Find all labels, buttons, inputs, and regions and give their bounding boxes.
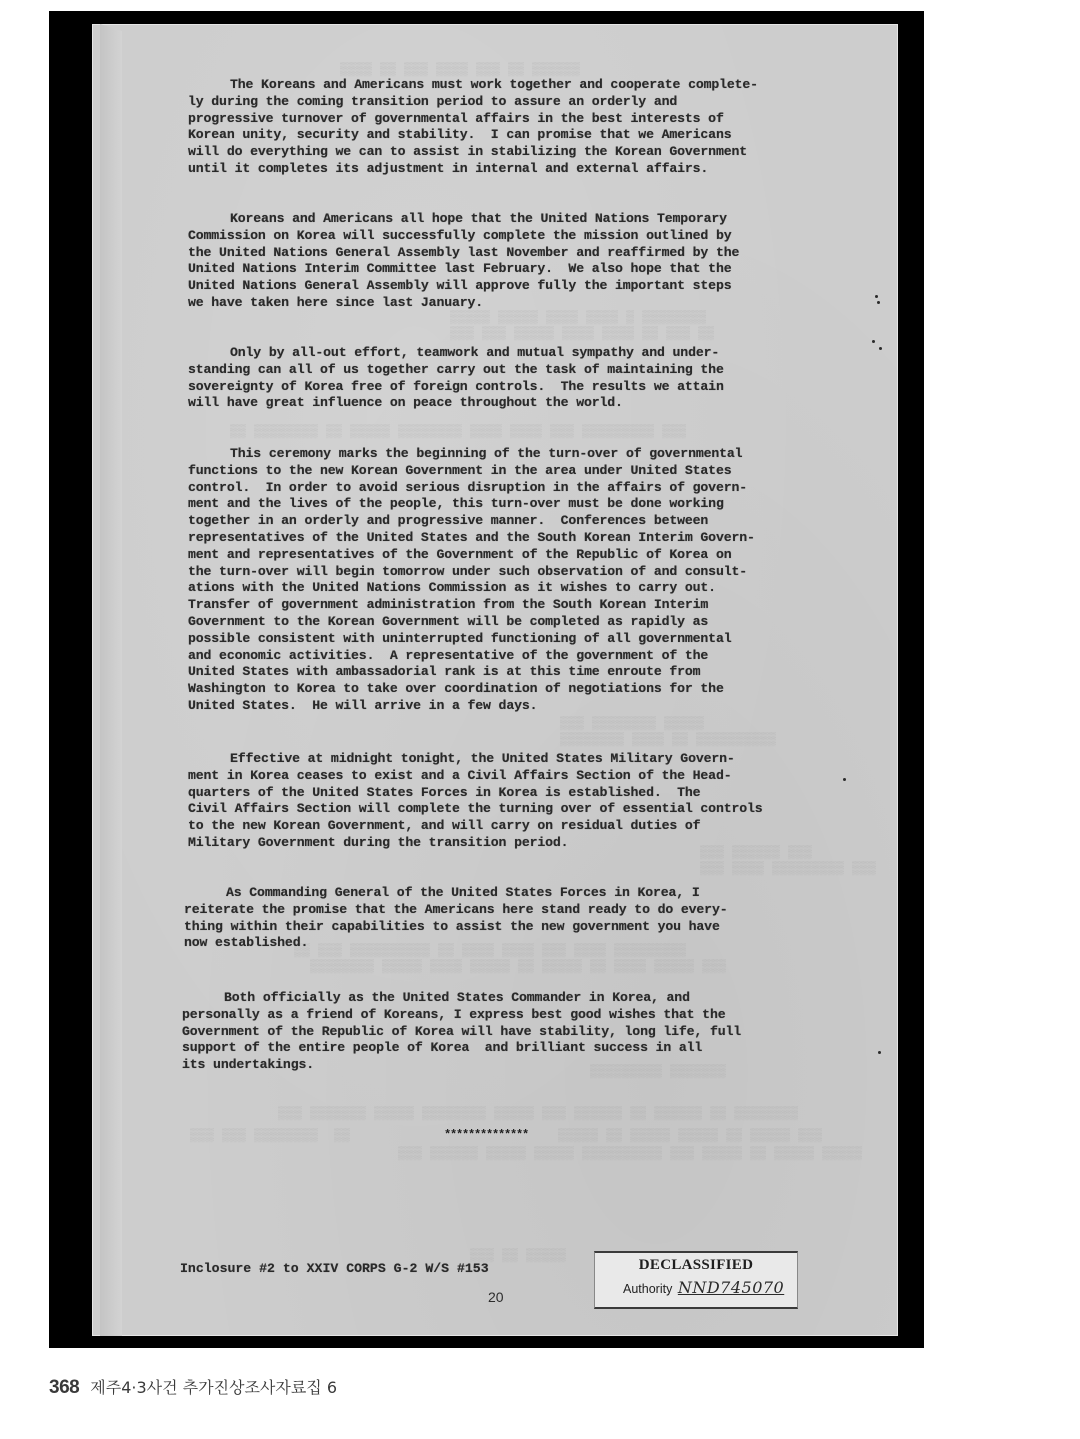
text-line: progressive turnover of governmental aff… [188,111,828,128]
paragraph-military-government-ends: Effective at midnight tonight, the Unite… [188,751,828,852]
text-line: now established. [184,935,824,952]
paragraph-ceremony-turnover: This ceremony marks the beginning of the… [188,446,828,715]
bleed-through-header: ▒▒▒▒ ▒▒ ▒▒▒ ▒▒▒▒ ▒▒▒ ▒▒ ▒▒▒▒▒▒ [340,62,580,77]
text-line: Washington to Korea to take over coordin… [188,681,828,698]
text-line: support of the entire people of Korea an… [182,1040,822,1057]
document-page-number: 20 [488,1289,504,1305]
text-line: This ceremony marks the beginning of the… [188,446,828,463]
asterisk-separator: ************** [444,1128,528,1142]
bleed-through-text: ▒▒▒ ▒▒▒▒▒▒▒▒ ▒▒▒▒▒ [560,716,704,731]
authority-label: Authority [623,1282,672,1296]
text-line: Military Government during the transitio… [188,835,828,852]
text-line: will do everything we can to assist in s… [188,144,828,161]
text-line: ations with the United Nations Commissio… [188,580,828,597]
bleed-through-text: ▒▒▒ ▒▒▒▒ ▒▒▒▒▒▒▒▒▒ ▒▒▒ [700,861,876,876]
paragraph-all-out-effort: Only by all-out effort, teamwork and mut… [188,345,828,412]
authority-value: NND745070 [678,1278,784,1297]
text-line: its undertakings. [182,1057,822,1074]
text-line: functions to the new Korean Government i… [188,463,828,480]
paper-fold-shadow [100,24,122,1336]
text-line: standing can all of us together carry ou… [188,362,828,379]
text-line: ment in Korea ceases to exist and a Civi… [188,768,828,785]
text-line: ment and representatives of the Governme… [188,547,828,564]
text-line: As Commanding General of the United Stat… [184,885,824,902]
text-line: ment and the lives of the people, this t… [188,496,828,513]
text-line: Both officially as the United States Com… [182,990,822,1007]
bleed-through-text: ▒▒▒▒▒▒▒▒ ▒▒▒▒▒ ▒▒▒▒ ▒▒▒▒▒ ▒▒ ▒▒▒▒▒ ▒▒ ▒▒… [230,959,726,974]
text-line: together in an orderly and progressive m… [188,513,828,530]
paragraph-best-wishes: Both officially as the United States Com… [182,990,822,1074]
paragraph-un-commission: Koreans and Americans all hope that the … [188,211,828,312]
bleed-through-text: ▒▒▒▒▒ ▒▒▒▒▒ ▒▒▒▒ ▒▒▒▒ ▒ ▒▒▒▒▒▒▒▒ [210,310,706,325]
text-line: Transfer of government administration fr… [188,597,828,614]
text-line: representatives of the United States and… [188,530,828,547]
bleed-through-text: ▒▒ ▒▒▒▒▒▒▒▒ ▒▒ ▒▒▒▒▒ ▒▒▒▒▒▒▒▒ ▒▒▒▒ ▒▒▒▒ … [230,424,686,439]
text-line: possible consistent with uninterrupted f… [188,631,828,648]
text-line: United States with ambassadorial rank is… [188,664,828,681]
scan-speck [872,340,875,343]
paragraph-transition-cooperation: The Koreans and Americans must work toge… [188,77,828,178]
text-line: United Nations Interim Committee last Fe… [188,261,828,278]
text-line: Commission on Korea will successfully co… [188,228,828,245]
text-line: Government to the Korean Government will… [188,614,828,631]
text-line: the United Nations General Assembly last… [188,245,828,262]
text-line: thing within their capabilities to assis… [184,919,824,936]
text-line: the turn-over will begin tomorrow under … [188,564,828,581]
text-line: United States. He will arrive in a few d… [188,698,828,715]
text-line: The Koreans and Americans must work toge… [188,77,828,94]
text-line: will have great influence on peace throu… [188,395,828,412]
text-line: and economic activities. A representativ… [188,648,828,665]
declassified-stamp: DECLASSIFIED Authority NND745070 [594,1251,798,1309]
text-line: Civil Affairs Section will complete the … [188,801,828,818]
text-line: Effective at midnight tonight, the Unite… [188,751,828,768]
text-line: personally as a friend of Koreans, I exp… [182,1007,822,1024]
text-line: ly during the coming transition period t… [188,94,828,111]
stamp-authority: Authority NND745070 [623,1278,784,1297]
text-line: Only by all-out effort, teamwork and mut… [188,345,828,362]
text-line: Government of the Republic of Korea will… [182,1024,822,1041]
stamp-title: DECLASSIFIED [595,1257,797,1274]
text-line: control. In order to avoid serious disru… [188,480,828,497]
text-line: to the new Korean Government, and will c… [188,818,828,835]
bleed-through-text: ▒▒▒ ▒▒▒▒▒▒ ▒▒▒▒▒ ▒▒▒▒▒ ▒▒▒▒▒▒▒▒▒▒ ▒▒▒ ▒▒… [190,1146,862,1161]
text-line: Korean unity, security and stability. I … [188,127,828,144]
scan-speck [878,1051,881,1054]
text-line: reiterate the promise that the Americans… [184,902,824,919]
text-line: we have taken here since last January. [188,295,828,312]
scan-speck [875,295,878,298]
text-line: until it completes its adjustment in int… [188,161,828,178]
text-line: sovereignty of Korea free of foreign con… [188,379,828,396]
book-page-number: 368 [49,1377,79,1398]
scan-speck [843,778,846,781]
text-line: Koreans and Americans all hope that the … [188,211,828,228]
book-title: 제주4·3사건 추가진상조사자료집 6 [90,1378,337,1397]
text-line: quarters of the United States Forces in … [188,785,828,802]
scan-speck [879,347,882,350]
inclosure-note: Inclosure #2 to XXIV CORPS G-2 W/S #153 [180,1261,489,1276]
book-footer: 368 제주4·3사건 추가진상조사자료집 6 [49,1375,337,1399]
bleed-through-text: ▒▒▒ ▒▒▒ ▒▒▒▒▒ ▒▒▒▒ ▒▒▒▒ ▒▒ ▒▒▒ ▒▒ [210,326,714,341]
text-line: United Nations General Assembly will app… [188,278,828,295]
bleed-through-text: ▒▒▒ ▒▒▒▒▒▒▒ ▒▒▒▒▒ ▒▒▒▒▒▒▒▒ ▒▒▒▒▒ ▒▒▒ ▒▒▒… [190,1106,798,1121]
paragraph-commanding-general-promise: As Commanding General of the United Stat… [184,885,824,952]
scan-speck [877,301,880,304]
bleed-through-text: ▒▒▒▒▒▒▒▒ ▒▒▒▒ ▒▒ ▒▒▒▒▒▒▒▒▒▒ [560,732,776,747]
